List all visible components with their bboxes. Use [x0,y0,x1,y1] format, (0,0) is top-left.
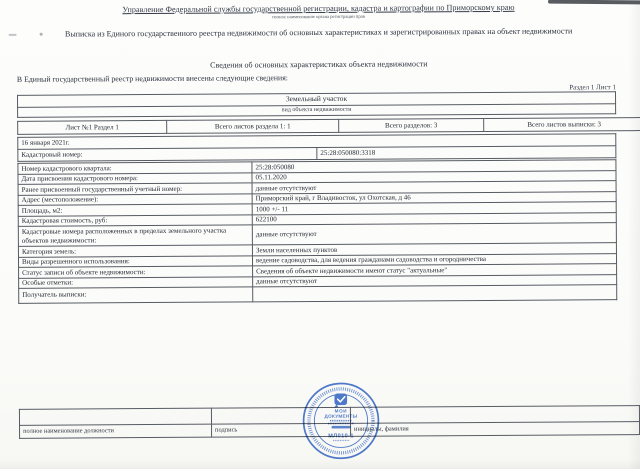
intro-line: В Единый государственный реестр недвижим… [17,73,288,84]
stamp-bar [332,426,351,429]
cell-value: данные отсутствуют [252,223,616,245]
cell-label: Кадастровые номера расположенных в преде… [18,225,252,246]
object-type-table: Земельный участок вид объекта недвижимос… [17,91,616,118]
section-title: Сведения об основных характеристиках объ… [0,58,639,71]
sheet-info-cell: Всего разделов: 3 [339,118,484,132]
stamp-microtext-lines [328,421,354,424]
table-row: Кадастровый номер: 25:28:050080:3318 [18,145,616,161]
issue-table: 16 января 2021г. Кадастровый номер: 25:2… [17,133,616,162]
document-sheet: Управление Федеральной службы государств… [0,0,640,469]
signature-cell-position [19,408,211,425]
table-row: Получатель выписки: [19,285,617,303]
scan-artifact-dot [40,33,43,36]
cell-value [253,285,617,302]
scan-edge-shadow-bottom [0,459,640,469]
scanned-egrn-extract-page: Управление Федеральной службы государств… [0,0,640,469]
signature-label-name: инициалы, фамилия [351,422,640,437]
cell-label: Кадастровый номер: [18,147,317,161]
sheet-info-cell: Лист №1 Раздел 1 [18,120,167,134]
signature-label-position: полное наименование должности [20,424,212,438]
scan-edge-shadow-right [628,0,640,469]
stamp-logo-icon [334,393,347,407]
cell-value: 25:28:050080:3318 [317,145,616,159]
details-table: Номер кадастрового квартала: 25:28:05008… [17,159,617,303]
cell-label: Получатель выписки: [19,287,253,303]
sheet-info-cell: Всего листов выписки: 3 [484,118,640,132]
document-title: Выписка из Единого государственного реес… [0,26,639,39]
signature-cell-name [350,406,639,424]
table-row: Лист №1 Раздел 1 Всего листов раздела 1:… [18,118,640,135]
scan-artifact-mark [9,34,17,36]
stamp-code: МЛ010-1 [328,433,354,439]
sheet-info-cell: Всего листов раздела 1: 1 [167,119,339,133]
stamp-brand-line2: ДОКУМЕНТЫ [325,414,358,419]
mfc-round-stamp: МОИ ДОКУМЕНТЫ МЛ010-1 [301,381,381,461]
